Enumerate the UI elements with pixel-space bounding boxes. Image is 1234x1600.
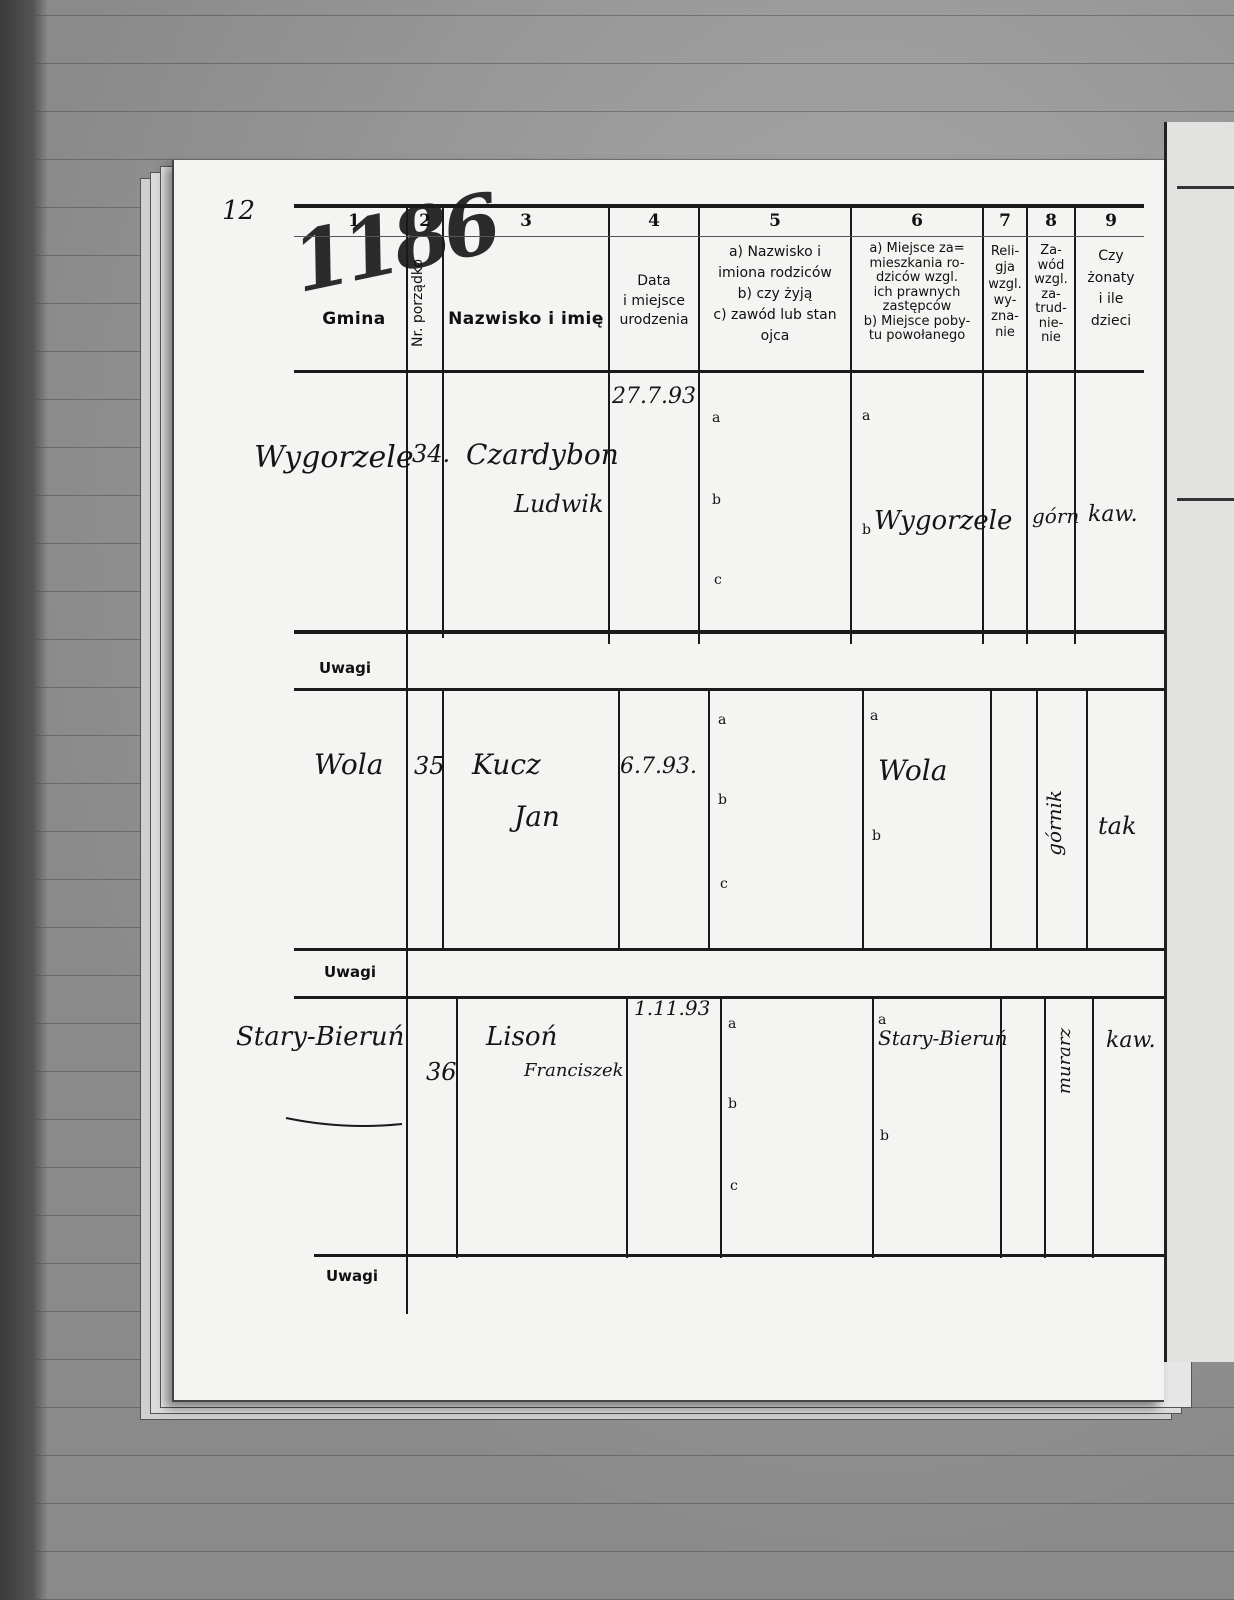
header-religia: Reli- gja wzgl. wy- zna- nie bbox=[984, 244, 1026, 342]
sublabel-b: b bbox=[712, 492, 721, 508]
col-number: 7 bbox=[984, 212, 1026, 232]
entry-3-occupation: murarz bbox=[1054, 1028, 1075, 1094]
entry-2-bottom-rule bbox=[294, 948, 1164, 951]
entry-1-remarks-label: Uwagi bbox=[319, 660, 371, 677]
col-number: 2 bbox=[410, 212, 440, 232]
entry-1-bottom-rule bbox=[294, 630, 1164, 634]
header-data-miejsce-urodzenia: Data i miejsce urodzenia bbox=[610, 272, 698, 331]
sublabel-a: a bbox=[870, 708, 878, 724]
col-number: 5 bbox=[700, 212, 850, 232]
header-zonaty: Czy żonaty i ile dzieci bbox=[1076, 246, 1146, 333]
col-divider bbox=[626, 996, 628, 1258]
sublabel-c: c bbox=[730, 1178, 738, 1194]
sublabel-a: a bbox=[862, 408, 870, 424]
entry-3-gmina: Stary-Bieruń bbox=[236, 1022, 404, 1052]
col-divider bbox=[442, 688, 444, 950]
col-divider bbox=[1086, 688, 1088, 950]
entry-1-remarks-rule bbox=[294, 688, 1164, 691]
scanner-edge-shadow bbox=[0, 0, 48, 1600]
entry-3-nr: 36 bbox=[426, 1058, 457, 1086]
col-divider bbox=[1036, 688, 1038, 950]
entry-2-parents-residence: Wola bbox=[878, 754, 947, 787]
entry-2-nr: 35 bbox=[414, 752, 445, 780]
col-divider bbox=[442, 204, 444, 638]
entry-1-parents-residence: Wygorzele bbox=[874, 506, 1012, 536]
entry-3-married: kaw. bbox=[1106, 1028, 1156, 1053]
col-divider bbox=[990, 688, 992, 950]
sublabel-a: a bbox=[718, 712, 726, 728]
entry-1-gmina: Wygorzele bbox=[254, 440, 414, 475]
header-nr-porzadkowy: Nr. porządko bbox=[410, 240, 438, 365]
header-miejsce-zamieszkania: a) Miejsce za= mieszkania ro- dziców wzg… bbox=[852, 242, 982, 344]
col-divider bbox=[1092, 996, 1094, 1258]
entry-3-dash-mark bbox=[284, 1100, 404, 1140]
col-divider bbox=[872, 996, 874, 1258]
entry-2-married: tak bbox=[1098, 812, 1137, 840]
header-nazwisko-imie: Nazwisko i imię bbox=[444, 310, 608, 330]
col-divider bbox=[862, 688, 864, 950]
entry-3-bottom-rule bbox=[314, 1254, 1164, 1257]
header-bottom-rule bbox=[294, 370, 1144, 373]
facing-page-edge bbox=[1164, 122, 1234, 1362]
entry-1-given-name: Ludwik bbox=[514, 490, 604, 518]
entry-1-occupation: górn bbox=[1032, 504, 1079, 528]
entry-2-birth-date: 6.7.93. bbox=[620, 754, 697, 779]
page-number: 12 bbox=[222, 196, 255, 226]
col-divider bbox=[708, 688, 710, 950]
header-zawod: Za- wód wzgl. za- trud- nie- nie bbox=[1028, 244, 1074, 346]
number-row-rule bbox=[294, 236, 1144, 237]
entry-2-occupation: górnik bbox=[1042, 790, 1066, 856]
col-divider bbox=[406, 204, 408, 1314]
col-divider bbox=[456, 996, 458, 1258]
sublabel-c: c bbox=[714, 572, 722, 588]
entry-2-remarks-rule bbox=[294, 996, 1164, 999]
sublabel-c: c bbox=[720, 876, 728, 892]
entry-3-parents-residence: Stary-Bieruń bbox=[878, 1026, 1008, 1050]
entry-2-given-name: Jan bbox=[514, 800, 560, 833]
sublabel-b: b bbox=[862, 522, 871, 538]
entry-2-gmina: Wola bbox=[314, 748, 383, 781]
entry-3-surname: Lisoń bbox=[486, 1022, 557, 1052]
entry-1-birth-date: 27.7.93 bbox=[612, 384, 696, 409]
col-divider bbox=[608, 204, 610, 644]
entry-1-nr: 34. bbox=[412, 440, 450, 468]
register-page: 12 1186 1 2 3 4 5 6 7 8 9 Gmina Nr. porz… bbox=[172, 160, 1164, 1402]
header-rodzice: a) Nazwisko i imiona rodziców b) czy żyj… bbox=[700, 242, 850, 347]
col-number: 1 bbox=[314, 212, 394, 232]
sublabel-b: b bbox=[728, 1096, 737, 1112]
entry-3-remarks-label: Uwagi bbox=[326, 1268, 378, 1285]
file-number: 1186 bbox=[284, 176, 504, 312]
entry-3-given-name: Franciszek bbox=[524, 1060, 624, 1081]
col-number: 6 bbox=[852, 212, 982, 232]
entry-1-married: kaw. bbox=[1088, 502, 1138, 527]
entry-1-surname: Czardybon bbox=[466, 438, 619, 471]
col-number: 8 bbox=[1028, 212, 1074, 232]
sublabel-a: a bbox=[728, 1016, 736, 1032]
entry-2-surname: Kucz bbox=[472, 748, 541, 781]
sublabel-a: a bbox=[712, 410, 720, 426]
header-gmina: Gmina bbox=[304, 310, 404, 330]
col-number: 4 bbox=[610, 212, 698, 232]
sublabel-b: b bbox=[872, 828, 881, 844]
sublabel-b: b bbox=[880, 1128, 889, 1144]
col-divider bbox=[618, 688, 620, 950]
col-number: 3 bbox=[444, 212, 608, 232]
entry-3-birth-date: 1.11.93 bbox=[634, 996, 710, 1020]
entry-2-remarks-label: Uwagi bbox=[324, 964, 376, 981]
col-divider bbox=[720, 996, 722, 1258]
sublabel-b: b bbox=[718, 792, 727, 808]
header-top-rule bbox=[294, 204, 1144, 208]
col-number: 9 bbox=[1076, 212, 1146, 232]
col-divider bbox=[1044, 996, 1046, 1258]
